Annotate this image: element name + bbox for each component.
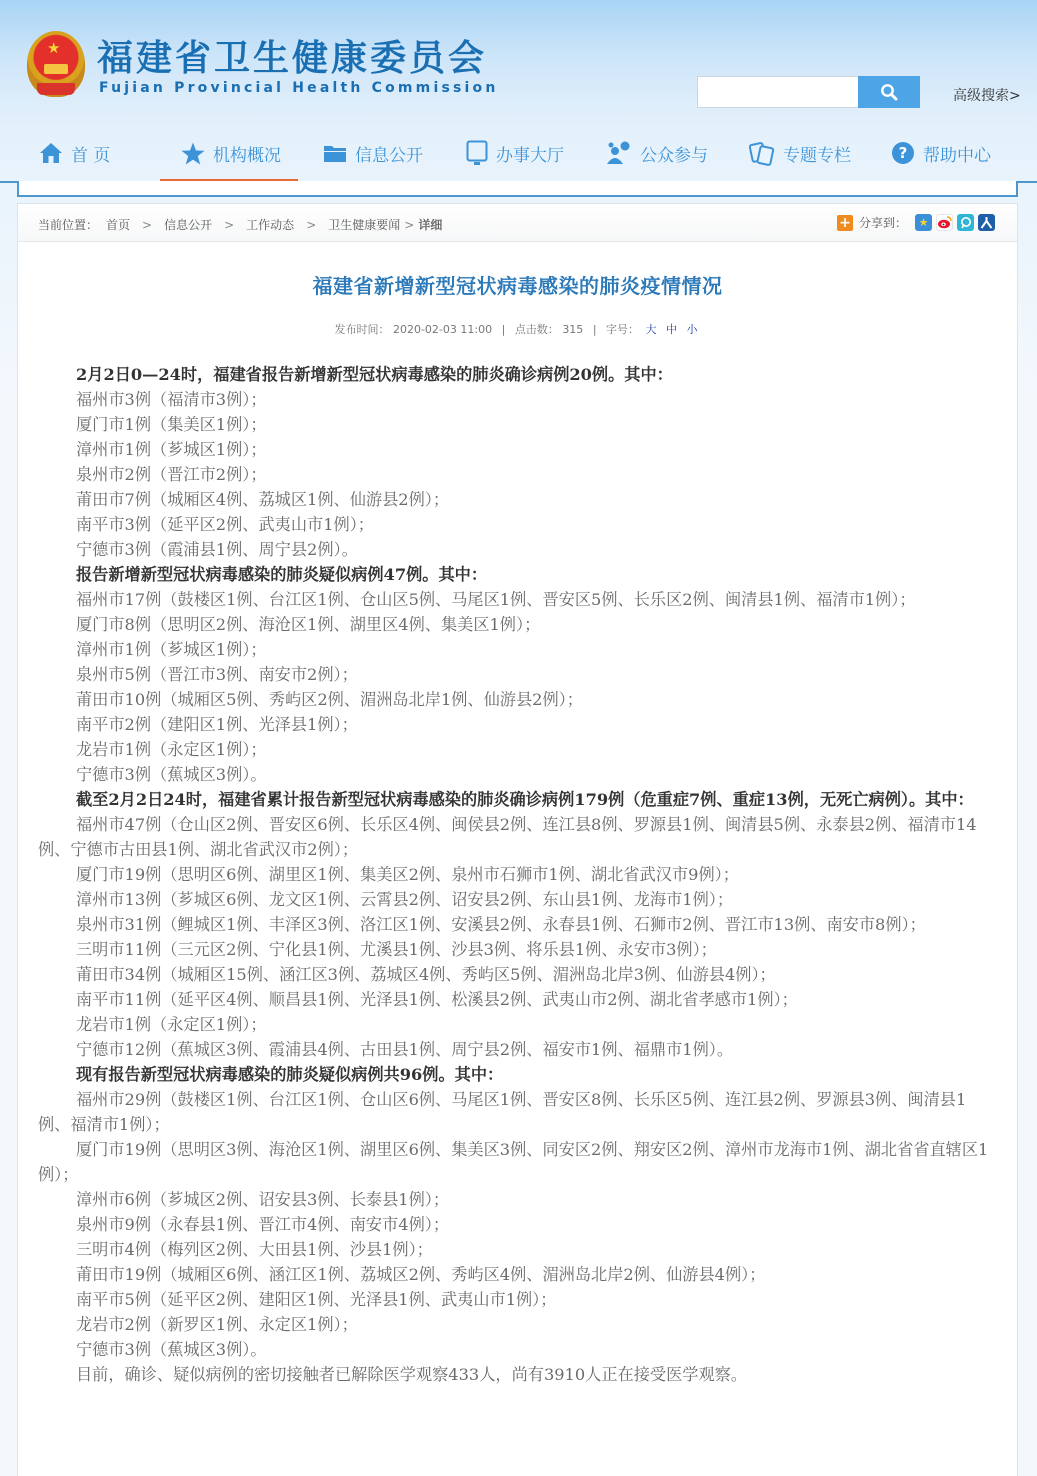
article-paragraph: 龙岩市2例（新罗区1例、永定区1例）；: [38, 1312, 996, 1337]
article-paragraph: 漳州市13例（芗城区6例、龙文区1例、云霄县2例、诏安县2例、东山县1例、龙海市…: [38, 887, 996, 912]
article-section-heading: 截至2月2日24时，福建省累计报告新型冠状病毒感染的肺炎确诊病例179例（危重症…: [38, 787, 996, 812]
article-paragraph: 南平市3例（延平区2例、武夷山市1例）；: [38, 512, 996, 537]
star-icon: [181, 142, 205, 165]
breadcrumb-separator: >: [404, 218, 414, 232]
nav-item-help-center[interactable]: ? 帮助中心: [891, 125, 991, 181]
qzone-icon[interactable]: ★: [915, 214, 932, 231]
breadcrumb-info-disclosure[interactable]: 信息公开: [164, 216, 212, 233]
article-paragraph: 福州市17例（鼓楼区1例、台江区1例、仓山区5例、马尾区1例、晋安区5例、长乐区…: [38, 587, 996, 612]
help-icon: ?: [891, 141, 915, 165]
article-body: 2月2日0—24时，福建省报告新增新型冠状病毒感染的肺炎确诊病例20例。其中：福…: [38, 362, 996, 1387]
article-section-heading: 2月2日0—24时，福建省报告新增新型冠状病毒感染的肺炎确诊病例20例。其中：: [38, 362, 996, 387]
article-paragraph: 莆田市19例（城厢区6例、涵江区1例、荔城区2例、秀屿区4例、湄洲岛北岸2例、仙…: [38, 1262, 996, 1287]
breadcrumb-work-news[interactable]: 工作动态: [246, 216, 294, 233]
site-title: 福建省卫生健康委员会: [97, 30, 487, 81]
content-panel: 当前位置： 首页 > 信息公开 > 工作动态 > 卫生健康要闻 > 详细 + 分…: [17, 203, 1018, 1476]
share-label: 分享到：: [859, 214, 907, 231]
people-icon: [606, 141, 632, 165]
article-paragraph: 福州市3例（福清市3例）；: [38, 387, 996, 412]
breadcrumb-separator: >: [142, 218, 152, 232]
article-paragraph: 泉州市9例（永春县1例、晋江市4例、南安市4例）；: [38, 1212, 996, 1237]
article-section-heading: 现有报告新型冠状病毒感染的肺炎疑似病例共96例。其中：: [38, 1062, 996, 1087]
share-bar: + 分享到： ★: [837, 214, 995, 231]
site-header: ★ 福建省卫生健康委员会 Fujian Provincial Health Co…: [0, 0, 1037, 120]
article-paragraph: 厦门市19例（思明区6例、湖里区1例、集美区2例、泉州市石狮市1例、湖北省武汉市…: [38, 862, 996, 887]
article-paragraph: 厦门市8例（思明区2例、海沧区1例、湖里区4例、集美区1例）；: [38, 612, 996, 637]
font-size-small-button[interactable]: 小: [687, 323, 698, 336]
sub-nav-bar: [17, 181, 1018, 197]
article-paragraph: 南平市11例（延平区4例、顺昌县1例、光泽县1例、松溪县2例、武夷山市2例、湖北…: [38, 987, 996, 1012]
meta-separator: |: [502, 323, 506, 336]
article-paragraph: 三明市4例（梅列区2例、大田县1例、沙县1例）；: [38, 1237, 996, 1262]
article-paragraph: 龙岩市1例（永定区1例）；: [38, 1012, 996, 1037]
cards-icon: [749, 140, 775, 166]
article-paragraph: 莆田市34例（城厢区15例、涵江区3例、荔城区4例、秀屿区5例、湄洲岛北岸3例、…: [38, 962, 996, 987]
breadcrumb-current: 详细: [418, 216, 442, 233]
article-paragraph: 龙岩市1例（永定区1例）；: [38, 737, 996, 762]
article-paragraph: 三明市11例（三元区2例、宁化县1例、尤溪县1例、沙县3例、将乐县1例、永安市3…: [38, 937, 996, 962]
share-more-icon[interactable]: +: [837, 215, 853, 231]
font-size-medium-button[interactable]: 中: [666, 323, 677, 336]
article-paragraph: 厦门市19例（思明区3例、海沧区1例、湖里区6例、集美区3例、同安区2例、翔安区…: [38, 1137, 996, 1187]
publish-time-label: 发布时间：: [334, 323, 389, 336]
article-paragraph: 目前，确诊、疑似病例的密切接触者已解除医学观察433人，尚有3910人正在接受医…: [38, 1362, 996, 1387]
breadcrumb-prefix: 当前位置：: [38, 216, 98, 233]
svg-text:?: ?: [899, 144, 908, 162]
font-size-label: 字号：: [606, 323, 639, 336]
weibo-icon[interactable]: [936, 214, 953, 231]
article-paragraph: 莆田市10例（城厢区5例、秀屿区2例、湄洲岛北岸1例、仙游县2例）；: [38, 687, 996, 712]
article-paragraph: 南平市5例（延平区2例、建阳区1例、光泽县1例、武夷山市1例）；: [38, 1287, 996, 1312]
article-paragraph: 泉州市31例（鲤城区1例、丰泽区3例、洛江区1例、安溪县2例、永春县1例、石狮市…: [38, 912, 996, 937]
article-meta: 发布时间： 2020-02-03 11:00 | 点击数： 315 | 字号： …: [18, 321, 1017, 337]
nav-item-service-hall[interactable]: 办事大厅: [466, 125, 564, 181]
breadcrumb-health-news[interactable]: 卫生健康要闻: [328, 216, 400, 233]
font-size-large-button[interactable]: 大: [646, 323, 657, 336]
article-paragraph: 莆田市7例（城厢区4例、荔城区1例、仙游县2例）；: [38, 487, 996, 512]
breadcrumb: 当前位置： 首页 > 信息公开 > 工作动态 > 卫生健康要闻 > 详细: [38, 216, 442, 233]
article-paragraph: 厦门市1例（集美区1例）；: [38, 412, 996, 437]
article-paragraph: 宁德市3例（蕉城区3例）。: [38, 762, 996, 787]
click-count: 315: [562, 323, 583, 336]
nav-item-info-disclosure[interactable]: 信息公开: [323, 125, 423, 181]
breadcrumb-bar: 当前位置： 首页 > 信息公开 > 工作动态 > 卫生健康要闻 > 详细 + 分…: [18, 204, 1017, 242]
publish-time: 2020-02-03 11:00: [393, 323, 492, 336]
nav-item-special-topics[interactable]: 专题专栏: [749, 125, 851, 181]
home-icon: [39, 142, 63, 164]
article-paragraph: 宁德市3例（蕉城区3例）。: [38, 1337, 996, 1362]
tencent-weibo-icon[interactable]: [957, 214, 974, 231]
nav-item-public-participation[interactable]: 公众参与: [606, 125, 708, 181]
click-count-label: 点击数：: [515, 323, 559, 336]
article-paragraph: 福州市47例（仓山区2例、晋安区6例、长乐区4例、闽侯县2例、连江县8例、罗源县…: [38, 812, 996, 862]
breadcrumb-home[interactable]: 首页: [106, 216, 130, 233]
folder-icon: [323, 143, 347, 163]
article-paragraph: 漳州市1例（芗城区1例）；: [38, 637, 996, 662]
article-paragraph: 南平市2例（建阳区1例、光泽县1例）；: [38, 712, 996, 737]
site-subtitle: Fujian Provincial Health Commission: [99, 80, 499, 96]
breadcrumb-separator: >: [306, 218, 316, 232]
advanced-search-link[interactable]: 高级搜索>: [953, 85, 1021, 105]
breadcrumb-separator: >: [224, 218, 234, 232]
article-paragraph: 漳州市6例（芗城区2例、诏安县3例、长泰县1例）；: [38, 1187, 996, 1212]
search-button[interactable]: [858, 76, 920, 108]
article-paragraph: 泉州市2例（晋江市2例）；: [38, 462, 996, 487]
article-paragraph: 宁德市3例（霞浦县1例、周宁县2例）。: [38, 537, 996, 562]
renren-icon[interactable]: [978, 214, 995, 231]
tablet-icon: [466, 140, 488, 166]
national-emblem-logo: ★: [27, 31, 85, 97]
main-nav: 首 页 机构概况 信息公开 办事大厅 公众参与 专题专栏 ? 帮助中心: [0, 125, 1037, 181]
meta-separator: |: [593, 323, 597, 336]
article-paragraph: 漳州市1例（芗城区1例）；: [38, 437, 996, 462]
article-paragraph: 泉州市5例（晋江市3例、南安市2例）；: [38, 662, 996, 687]
nav-item-home[interactable]: 首 页: [39, 125, 110, 181]
nav-item-about[interactable]: 机构概况: [181, 125, 281, 181]
article-section-heading: 报告新增新型冠状病毒感染的肺炎疑似病例47例。其中：: [38, 562, 996, 587]
article-title: 福建省新增新型冠状病毒感染的肺炎疫情情况: [18, 270, 1017, 299]
article-paragraph: 福州市29例（鼓楼区1例、台江区1例、仓山区6例、马尾区1例、晋安区8例、长乐区…: [38, 1087, 996, 1137]
search-input[interactable]: [697, 76, 859, 108]
article-paragraph: 宁德市12例（蕉城区3例、霞浦县4例、古田县1例、周宁县2例、福安市1例、福鼎市…: [38, 1037, 996, 1062]
